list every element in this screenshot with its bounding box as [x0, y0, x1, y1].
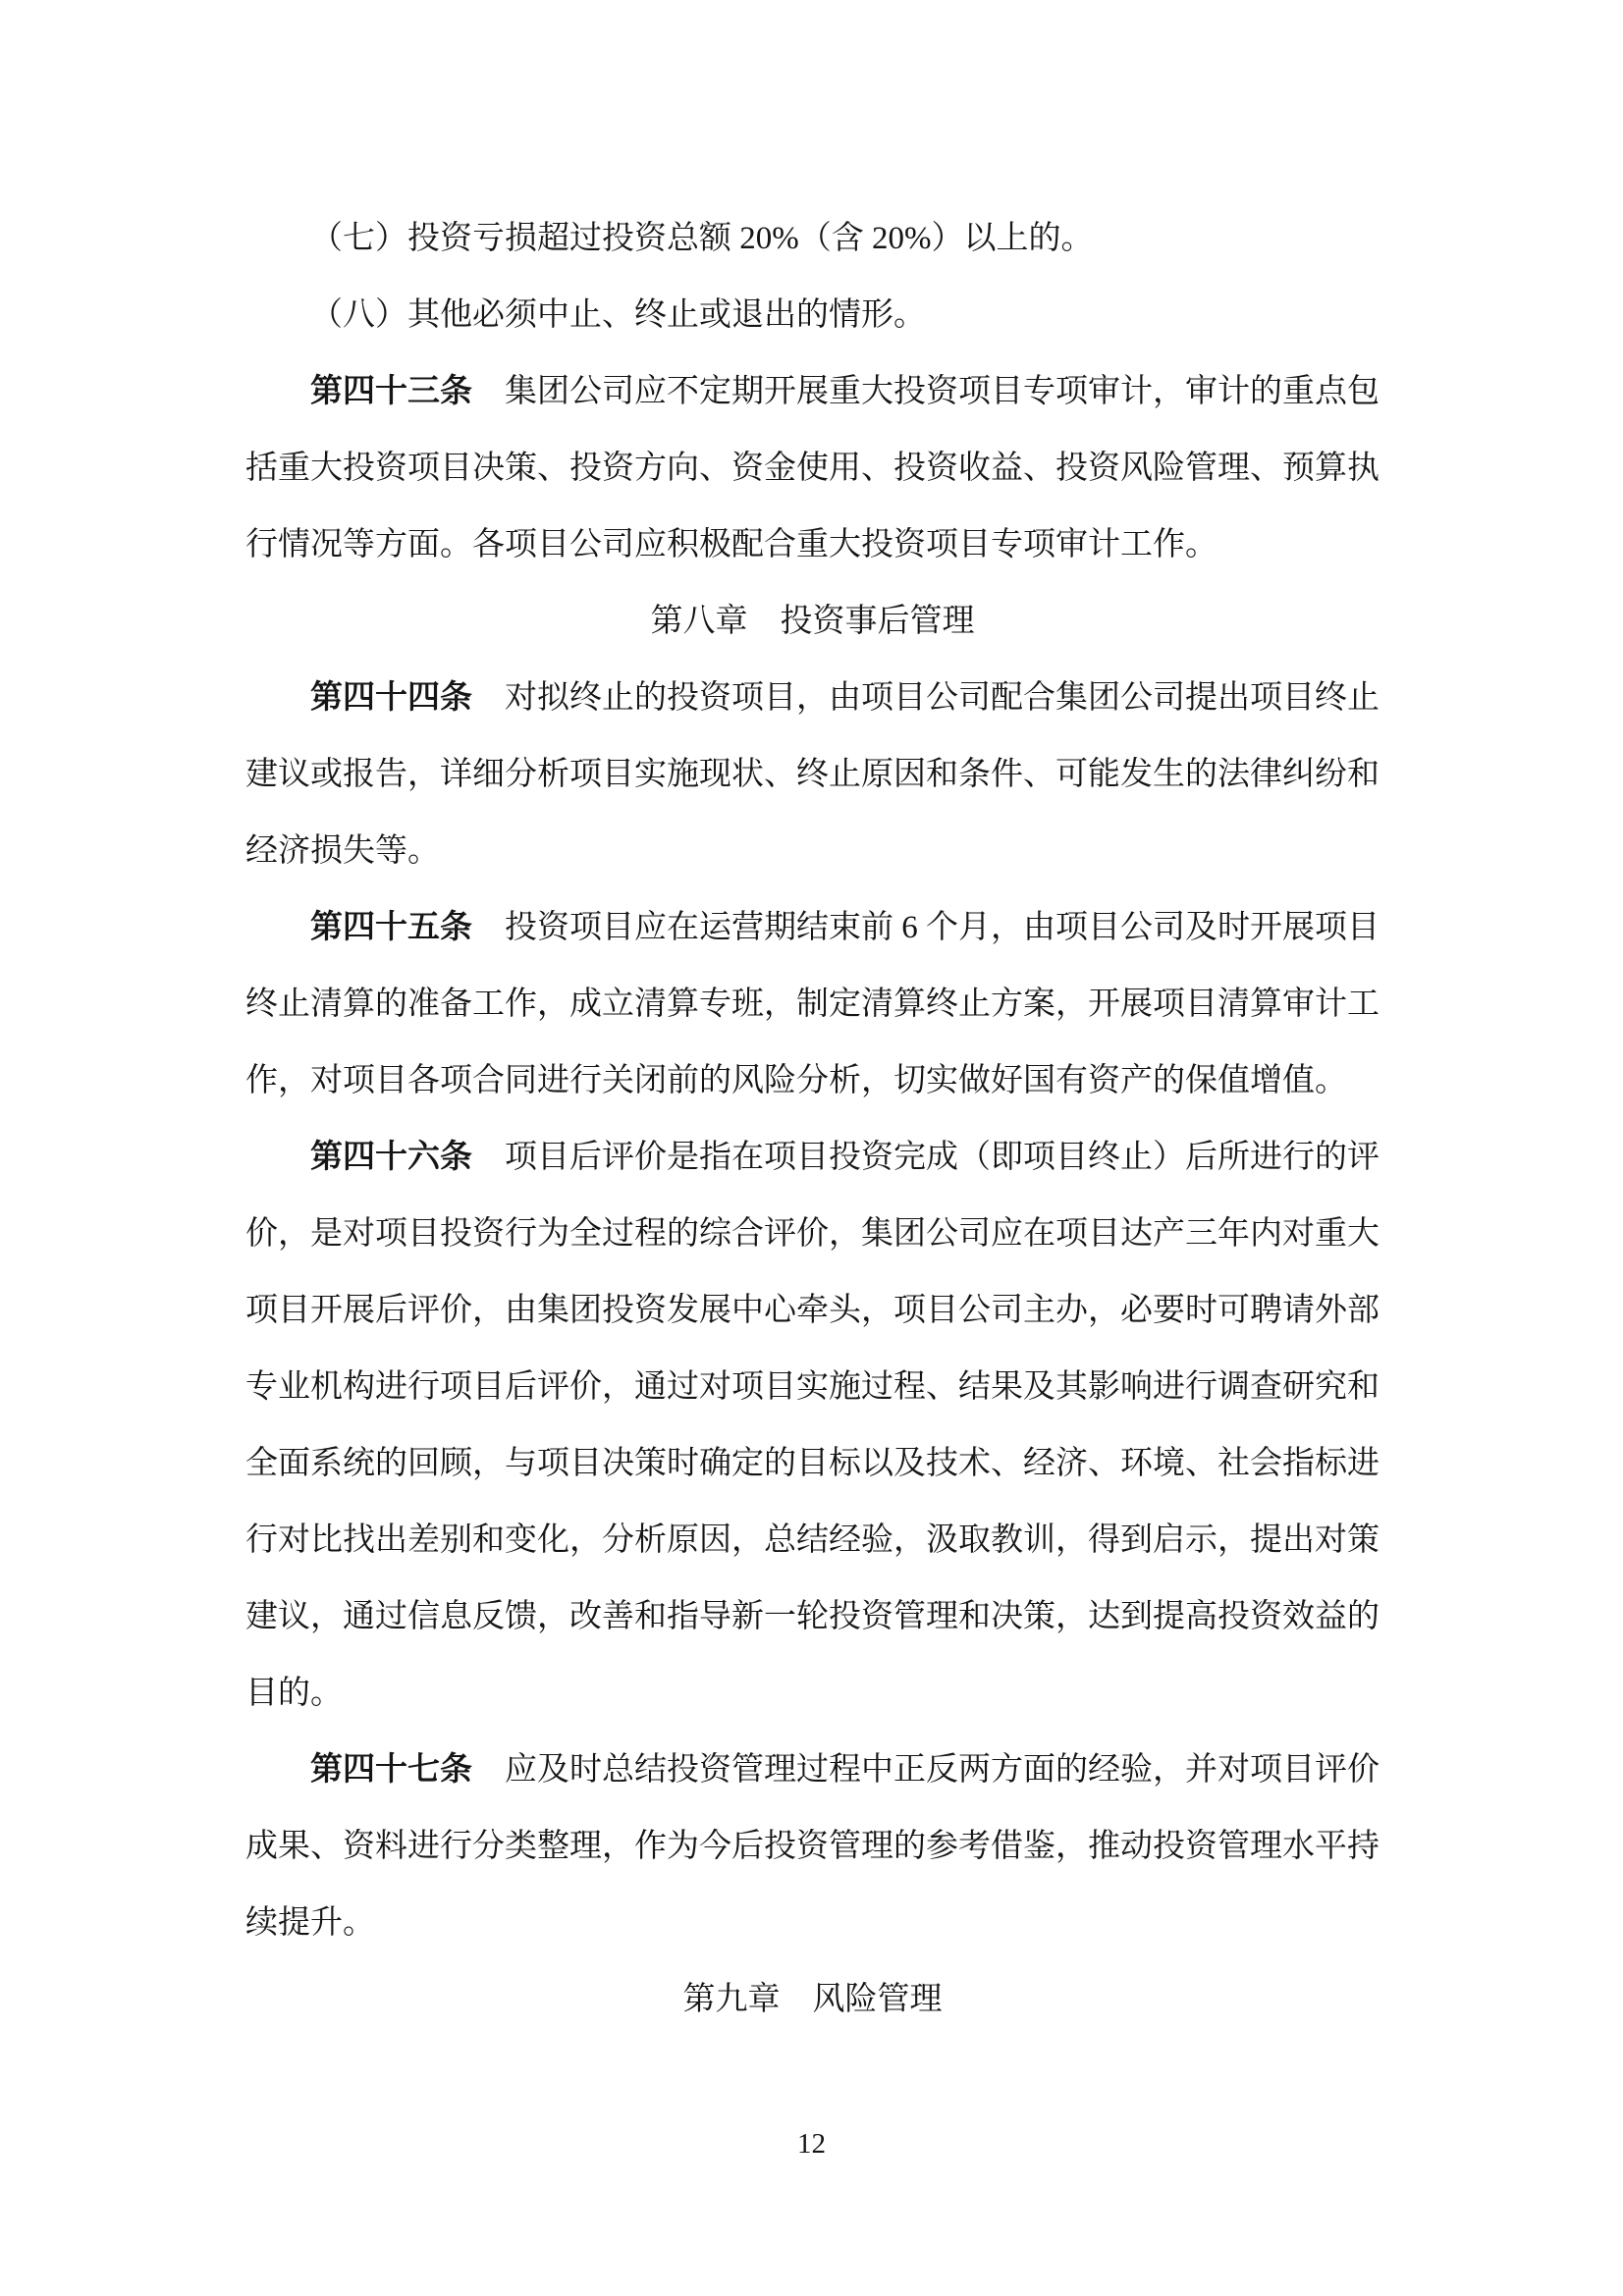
paragraph-line: 成果、资料进行分类整理，作为今后投资管理的参考借鉴，推动投资管理水平持 [245, 1808, 1380, 1885]
line-text: 价，是对项目投资行为全过程的综合评价，集团公司应在项目达产三年内对重大 [245, 1216, 1380, 1252]
line-text: 建议，通过信息反馈，改善和指导新一轮投资管理和决策，达到提高投资效益的 [245, 1599, 1380, 1634]
line-text: 续提升。 [245, 1905, 375, 1941]
article-number: 第四十四条 [310, 680, 472, 716]
line-text: （七）投资亏损超过投资总额 20%（含 20%）以上的。 [310, 221, 1093, 256]
article-46-line: 第四十六条 项目后评价是指在项目投资完成（即项目终止）后所进行的评 [245, 1119, 1380, 1196]
document-body: （七）投资亏损超过投资总额 20%（含 20%）以上的。 （八）其他必须中止、终… [245, 200, 1380, 2038]
line-text: 对拟终止的投资项目，由项目公司配合集团公司提出项目终止 [472, 680, 1380, 716]
line-text: 项目后评价是指在项目投资完成（即项目终止）后所进行的评 [472, 1140, 1380, 1175]
line-text: 目的。 [245, 1676, 343, 1711]
paragraph-line: 续提升。 [245, 1885, 1380, 1961]
chapter-8-heading: 第八章 投资事后管理 [245, 583, 1380, 660]
article-number: 第四十七条 [310, 1752, 472, 1788]
article-45-line: 第四十五条 投资项目应在运营期结束前 6 个月，由项目公司及时开展项目 [245, 889, 1380, 966]
paragraph-line: 目的。 [245, 1655, 1380, 1732]
line-text: 应及时总结投资管理过程中正反两方面的经验，并对项目评价 [472, 1752, 1380, 1788]
line-text: 终止清算的准备工作，成立清算专班，制定清算终止方案，开展项目清算审计工 [245, 987, 1380, 1022]
line-text: 经济损失等。 [245, 833, 440, 869]
article-number: 第四十六条 [310, 1140, 472, 1175]
article-number: 第四十五条 [310, 910, 472, 945]
line-text: 行情况等方面。各项目公司应积极配合重大投资项目专项审计工作。 [245, 527, 1217, 562]
line-text: 括重大投资项目决策、投资方向、资金使用、投资收益、投资风险管理、预算执 [245, 451, 1380, 486]
paragraph-line: 价，是对项目投资行为全过程的综合评价，集团公司应在项目达产三年内对重大 [245, 1196, 1380, 1272]
line-text: 建议或报告，详细分析项目实施现状、终止原因和条件、可能发生的法律纠纷和 [245, 757, 1380, 792]
list-item-7: （七）投资亏损超过投资总额 20%（含 20%）以上的。 [245, 200, 1380, 277]
paragraph-line: 全面系统的回顾，与项目决策时确定的目标以及技术、经济、环境、社会指标进 [245, 1425, 1380, 1502]
line-text: 全面系统的回顾，与项目决策时确定的目标以及技术、经济、环境、社会指标进 [245, 1446, 1380, 1481]
paragraph-line: 经济损失等。 [245, 813, 1380, 889]
line-text: 集团公司应不定期开展重大投资项目专项审计，审计的重点包 [472, 374, 1380, 409]
chapter-9-heading: 第九章 风险管理 [245, 1961, 1380, 2038]
paragraph-line: 作，对项目各项合同进行关闭前的风险分析，切实做好国有资产的保值增值。 [245, 1042, 1380, 1119]
article-43-line: 第四十三条 集团公司应不定期开展重大投资项目专项审计，审计的重点包 [245, 353, 1380, 430]
page-number: 12 [0, 2130, 1623, 2159]
line-text: 作，对项目各项合同进行关闭前的风险分析，切实做好国有资产的保值增值。 [245, 1063, 1347, 1098]
paragraph-line: 括重大投资项目决策、投资方向、资金使用、投资收益、投资风险管理、预算执 [245, 430, 1380, 507]
article-47-line: 第四十七条 应及时总结投资管理过程中正反两方面的经验，并对项目评价 [245, 1732, 1380, 1808]
paragraph-line: 专业机构进行项目后评价，通过对项目实施过程、结果及其影响进行调查研究和 [245, 1349, 1380, 1425]
line-text: 投资项目应在运营期结束前 6 个月，由项目公司及时开展项目 [472, 910, 1380, 945]
paragraph-line: 建议或报告，详细分析项目实施现状、终止原因和条件、可能发生的法律纠纷和 [245, 736, 1380, 813]
document-page: （七）投资亏损超过投资总额 20%（含 20%）以上的。 （八）其他必须中止、终… [0, 0, 1623, 2296]
paragraph-line: 终止清算的准备工作，成立清算专班，制定清算终止方案，开展项目清算审计工 [245, 966, 1380, 1042]
list-item-8: （八）其他必须中止、终止或退出的情形。 [245, 277, 1380, 353]
paragraph-line: 行情况等方面。各项目公司应积极配合重大投资项目专项审计工作。 [245, 507, 1380, 583]
article-number: 第四十三条 [310, 374, 472, 409]
line-text: 成果、资料进行分类整理，作为今后投资管理的参考借鉴，推动投资管理水平持 [245, 1829, 1380, 1864]
line-text: 项目开展后评价，由集团投资发展中心牵头，项目公司主办，必要时可聘请外部 [245, 1293, 1380, 1328]
line-text: （八）其他必须中止、终止或退出的情形。 [310, 297, 926, 333]
paragraph-line: 行对比找出差别和变化，分析原因，总结经验，汲取教训，得到启示，提出对策 [245, 1502, 1380, 1578]
paragraph-line: 项目开展后评价，由集团投资发展中心牵头，项目公司主办，必要时可聘请外部 [245, 1272, 1380, 1349]
paragraph-line: 建议，通过信息反馈，改善和指导新一轮投资管理和决策，达到提高投资效益的 [245, 1578, 1380, 1655]
article-44-line: 第四十四条 对拟终止的投资项目，由项目公司配合集团公司提出项目终止 [245, 660, 1380, 736]
line-text: 专业机构进行项目后评价，通过对项目实施过程、结果及其影响进行调查研究和 [245, 1369, 1380, 1405]
line-text: 行对比找出差别和变化，分析原因，总结经验，汲取教训，得到启示，提出对策 [245, 1522, 1380, 1558]
